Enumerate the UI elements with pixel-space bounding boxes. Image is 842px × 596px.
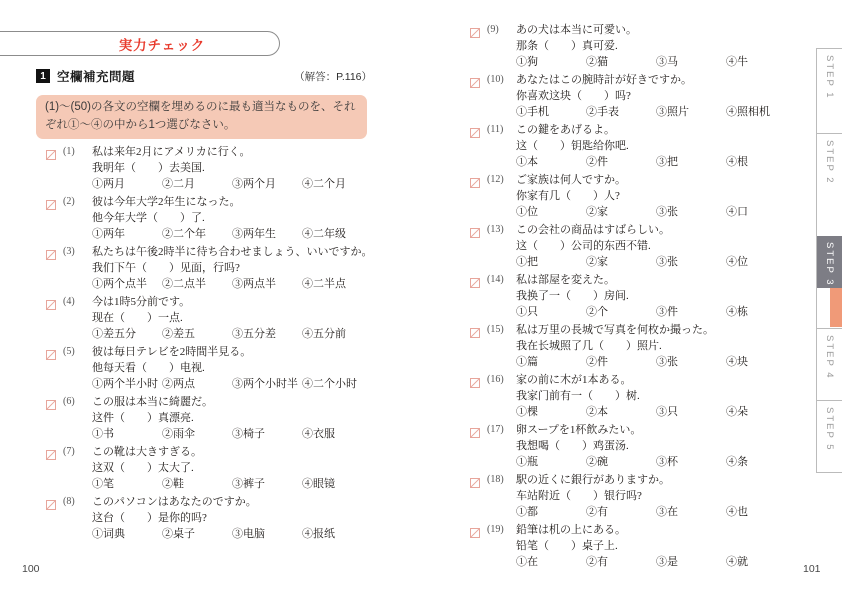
question-number: (17) — [487, 422, 516, 435]
answer-check-icon[interactable] — [46, 144, 63, 165]
question-number: (3) — [63, 244, 92, 257]
question-number: (6) — [63, 394, 92, 407]
step-tab-5[interactable]: STEP 5 — [817, 400, 842, 473]
question-options: ①词典②桌子③电脑④报纸 — [92, 526, 378, 542]
question-japanese: この会社の商品はすばらしい。 — [516, 222, 792, 238]
option-3[interactable]: ③两个月 — [232, 176, 302, 192]
option-3[interactable]: ③两年生 — [232, 226, 302, 242]
option-1[interactable]: ①棵 — [516, 404, 586, 420]
question-number: (1) — [63, 144, 92, 157]
question-number: (4) — [63, 294, 92, 307]
question-chinese: 那条（ ）真可爱. — [516, 38, 792, 54]
option-4[interactable]: ④朵 — [726, 404, 748, 420]
answer-check-icon[interactable] — [470, 372, 487, 393]
option-4[interactable]: ④二个月 — [302, 176, 346, 192]
question-chinese: 我换了一（ ）房间. — [516, 288, 792, 304]
question-number: (13) — [487, 222, 516, 235]
question-options: ①差五分②差五③五分差④五分前 — [92, 326, 378, 342]
option-4[interactable]: ④栋 — [726, 304, 748, 320]
question-japanese: 駅の近くに銀行がありますか。 — [516, 472, 792, 488]
question-chinese: 铅笔（ ）桌子上. — [516, 538, 792, 554]
question-chinese: 你家有几（ ）人? — [516, 188, 792, 204]
question-japanese: 家の前に木が1本ある。 — [516, 372, 792, 388]
page-number-right: 101 — [803, 563, 821, 575]
question-options: ①狗②猫③马④牛 — [516, 54, 792, 70]
option-2[interactable]: ②件 — [586, 354, 656, 370]
question-number: (8) — [63, 494, 92, 507]
section-header: 1 空欄補充問題 （解答：P.116） — [36, 67, 372, 85]
option-4[interactable]: ④二半点 — [302, 276, 346, 292]
question-options: ①都②有③在④也 — [516, 504, 792, 520]
section-title: 空欄補充問題 — [57, 67, 135, 85]
question-number: (11) — [487, 122, 516, 135]
question-options: ①把②家③张④位 — [516, 254, 792, 270]
question-item: (2)彼は今年大学2年生になった。他今年大学（ ）了.①两年②二个年③两年生④二… — [46, 194, 378, 244]
question-options: ①笔②鞋③裤子④眼镜 — [92, 476, 378, 492]
question-japanese: この靴は大きすぎる。 — [92, 444, 378, 460]
option-4[interactable]: ④报纸 — [302, 526, 335, 542]
option-4[interactable]: ④块 — [726, 354, 748, 370]
answer-check-icon[interactable] — [46, 244, 63, 265]
option-4[interactable]: ④二个小时 — [302, 376, 357, 392]
option-2[interactable]: ②桌子 — [162, 526, 232, 542]
option-1[interactable]: ①只 — [516, 304, 586, 320]
question-japanese: 彼は毎日テレビを2時間半見る。 — [92, 344, 378, 360]
option-3[interactable]: ③张 — [656, 254, 726, 270]
answer-check-icon[interactable] — [46, 494, 63, 515]
question-options: ①本②件③把④根 — [516, 154, 792, 170]
question-chinese: 这件（ ）真漂亮. — [92, 410, 378, 426]
option-4[interactable]: ④衣服 — [302, 426, 335, 442]
option-3[interactable]: ③是 — [656, 554, 726, 570]
question-item: (11)この鍵をあげるよ。这（ ）钥匙给你吧.①本②件③把④根 — [470, 122, 792, 172]
option-4[interactable]: ④五分前 — [302, 326, 346, 342]
answer-check-icon[interactable] — [470, 222, 487, 243]
question-chinese: 车站附近（ ）银行吗? — [516, 488, 792, 504]
instruction-box: (1)〜(50)の各文の空欄を埋めるのに最も適当なものを、それぞれ①〜④の中から… — [36, 95, 367, 139]
question-item: (17)卵スープを1杯飲みたい。我想喝（ ）鸡蛋汤.①瓶②碗③杯④条 — [470, 422, 792, 472]
question-number: (10) — [487, 72, 516, 85]
option-1[interactable]: ①两年 — [92, 226, 162, 242]
question-number: (2) — [63, 194, 92, 207]
right-page-questions: (9)あの犬は本当に可愛い。那条（ ）真可爱.①狗②猫③马④牛(10)あなたはこ… — [470, 22, 792, 572]
question-japanese: 私は来年2月にアメリカに行く。 — [92, 144, 378, 160]
question-japanese: 私たちは午後2時半に待ち合わせましょう、いいですか。 — [92, 244, 378, 260]
answer-check-icon[interactable] — [470, 272, 487, 293]
answer-check-icon[interactable] — [470, 22, 487, 43]
answer-check-icon[interactable] — [46, 444, 63, 465]
option-4[interactable]: ④眼镜 — [302, 476, 335, 492]
question-chinese: 现在（ ）一点. — [92, 310, 378, 326]
question-japanese: 鉛筆は机の上にある。 — [516, 522, 792, 538]
option-3[interactable]: ③只 — [656, 404, 726, 420]
question-japanese: この服は本当に綺麗だ。 — [92, 394, 378, 410]
option-4[interactable]: ④位 — [726, 254, 748, 270]
question-number: (18) — [487, 472, 516, 485]
answer-check-icon[interactable] — [470, 122, 487, 143]
option-2[interactable]: ②本 — [586, 404, 656, 420]
question-chinese: 我在长城照了几（ ）照片. — [516, 338, 792, 354]
step-tab-4[interactable]: STEP 4 — [817, 328, 842, 400]
question-options: ①两年②二个年③两年生④二年级 — [92, 226, 378, 242]
question-item: (3)私たちは午後2時半に待ち合わせましょう、いいですか。我们下午（ ）见面，行… — [46, 244, 378, 294]
option-3[interactable]: ③张 — [656, 204, 726, 220]
answer-check-icon[interactable] — [46, 194, 63, 215]
question-options: ①篇②件③张④块 — [516, 354, 792, 370]
option-1[interactable]: ①位 — [516, 204, 586, 220]
option-3[interactable]: ③两个小时半 — [232, 376, 302, 392]
question-item: (19)鉛筆は机の上にある。铅笔（ ）桌子上.①在②有③是④就 — [470, 522, 792, 572]
option-3[interactable]: ③两点半 — [232, 276, 302, 292]
option-4[interactable]: ④口 — [726, 204, 748, 220]
question-number: (19) — [487, 522, 516, 535]
step-tab-1[interactable]: STEP 1 — [817, 48, 842, 133]
option-1[interactable]: ①笔 — [92, 476, 162, 492]
answer-check-icon[interactable] — [470, 72, 487, 93]
question-japanese: 今は1時5分前です。 — [92, 294, 378, 310]
question-chinese: 这台（ ）是你的吗? — [92, 510, 378, 526]
option-1[interactable]: ①书 — [92, 426, 162, 442]
question-japanese: 私は万里の長城で写真を何枚か撮った。 — [516, 322, 792, 338]
question-item: (10)あなたはこの腕時計が好きですか。你喜欢这块（ ）吗?①手机②手表③照片④… — [470, 72, 792, 122]
page-number-left: 100 — [22, 563, 40, 575]
question-options: ①位②家③张④口 — [516, 204, 792, 220]
question-item: (1)私は来年2月にアメリカに行く。我明年（ ）去美国.①两月②二月③两个月④二… — [46, 144, 378, 194]
option-1[interactable]: ①手机 — [516, 104, 586, 120]
option-1[interactable]: ①把 — [516, 254, 586, 270]
current-section-accent-bar — [830, 288, 842, 327]
option-3[interactable]: ③椅子 — [232, 426, 302, 442]
question-number: (15) — [487, 322, 516, 335]
question-chinese: 他每天看（ ）电视. — [92, 360, 378, 376]
question-options: ①两个半小时②两点③两个小时半④二个小时 — [92, 376, 378, 392]
answer-check-icon[interactable] — [470, 422, 487, 443]
option-2[interactable]: ②雨伞 — [162, 426, 232, 442]
question-item: (4)今は1時5分前です。现在（ ）一点.①差五分②差五③五分差④五分前 — [46, 294, 378, 344]
question-number: (7) — [63, 444, 92, 457]
answer-check-icon[interactable] — [470, 172, 487, 193]
step-tab-2[interactable]: STEP 2 — [817, 133, 842, 236]
question-number: (14) — [487, 272, 516, 285]
question-japanese: この鍵をあげるよ。 — [516, 122, 792, 138]
option-2[interactable]: ②碗 — [586, 454, 656, 470]
option-1[interactable]: ①两个点半 — [92, 276, 162, 292]
step-tab-label: STEP 1 — [824, 49, 835, 133]
option-3[interactable]: ③张 — [656, 354, 726, 370]
question-chinese: 这（ ）钥匙给你吧. — [516, 138, 792, 154]
question-japanese: あなたはこの腕時計が好きですか。 — [516, 72, 792, 88]
step-tab-label: STEP 5 — [824, 401, 835, 472]
question-options: ①两个点半②二点半③两点半④二半点 — [92, 276, 378, 292]
option-2[interactable]: ②猫 — [586, 54, 656, 70]
option-1[interactable]: ①狗 — [516, 54, 586, 70]
question-chinese: 我明年（ ）去美国. — [92, 160, 378, 176]
step-tab-strip: STEP 1STEP 2STEP 3STEP 4STEP 5 — [816, 48, 842, 473]
option-4[interactable]: ④照相机 — [726, 104, 770, 120]
option-2[interactable]: ②差五 — [162, 326, 232, 342]
option-2[interactable]: ②手表 — [586, 104, 656, 120]
question-number: (9) — [487, 22, 516, 35]
option-1[interactable]: ①在 — [516, 554, 586, 570]
question-japanese: このパソコンはあなたのですか。 — [92, 494, 378, 510]
option-2[interactable]: ②两点 — [162, 376, 232, 392]
question-chinese: 我想喝（ ）鸡蛋汤. — [516, 438, 792, 454]
option-4[interactable]: ④二年级 — [302, 226, 346, 242]
answer-check-icon[interactable] — [46, 394, 63, 415]
option-3[interactable]: ③电脑 — [232, 526, 302, 542]
option-1[interactable]: ①词典 — [92, 526, 162, 542]
question-japanese: ご家族は何人ですか。 — [516, 172, 792, 188]
answer-check-icon[interactable] — [470, 522, 487, 543]
option-4[interactable]: ④条 — [726, 454, 748, 470]
option-4[interactable]: ④牛 — [726, 54, 748, 70]
option-1[interactable]: ①两个半小时 — [92, 376, 162, 392]
option-3[interactable]: ③杯 — [656, 454, 726, 470]
question-item: (5)彼は毎日テレビを2時間半見る。他每天看（ ）电视.①两个半小时②两点③两个… — [46, 344, 378, 394]
section-banner-label: 実力チェック — [57, 34, 206, 54]
option-4[interactable]: ④根 — [726, 154, 748, 170]
question-number: (12) — [487, 172, 516, 185]
option-1[interactable]: ①都 — [516, 504, 586, 520]
question-item: (12)ご家族は何人ですか。你家有几（ ）人?①位②家③张④口 — [470, 172, 792, 222]
option-3[interactable]: ③照片 — [656, 104, 726, 120]
section-number-badge: 1 — [36, 69, 50, 83]
answer-check-icon[interactable] — [470, 472, 487, 493]
option-1[interactable]: ①篇 — [516, 354, 586, 370]
option-1[interactable]: ①差五分 — [92, 326, 162, 342]
option-1[interactable]: ①瓶 — [516, 454, 586, 470]
question-japanese: 彼は今年大学2年生になった。 — [92, 194, 378, 210]
book-spread: 実力チェック 1 空欄補充問題 （解答：P.116） (1)〜(50)の各文の空… — [0, 0, 842, 596]
left-page-questions: (1)私は来年2月にアメリカに行く。我明年（ ）去美国.①两月②二月③两个月④二… — [46, 144, 378, 544]
option-3[interactable]: ③件 — [656, 304, 726, 320]
option-2[interactable]: ②有 — [586, 554, 656, 570]
question-item: (15)私は万里の長城で写真を何枚か撮った。我在长城照了几（ ）照片.①篇②件③… — [470, 322, 792, 372]
question-options: ①书②雨伞③椅子④衣服 — [92, 426, 378, 442]
section-banner: 実力チェック — [0, 31, 280, 56]
question-item: (14)私は部屋を変えた。我换了一（ ）房间.①只②个③件④栋 — [470, 272, 792, 322]
question-number: (16) — [487, 372, 516, 385]
option-3[interactable]: ③马 — [656, 54, 726, 70]
option-2[interactable]: ②二个年 — [162, 226, 232, 242]
option-3[interactable]: ③把 — [656, 154, 726, 170]
answer-check-icon[interactable] — [46, 344, 63, 365]
answer-check-icon[interactable] — [470, 322, 487, 343]
question-chinese: 这（ ）公司的东西不错. — [516, 238, 792, 254]
question-chinese: 这双（ ）太大了. — [92, 460, 378, 476]
answer-reference: （解答：P.116） — [294, 69, 372, 84]
question-item: (8)このパソコンはあなたのですか。这台（ ）是你的吗?①词典②桌子③电脑④报纸 — [46, 494, 378, 544]
option-2[interactable]: ②有 — [586, 504, 656, 520]
question-options: ①棵②本③只④朵 — [516, 404, 792, 420]
option-3[interactable]: ③裤子 — [232, 476, 302, 492]
step-tab-label: STEP 3 — [824, 236, 835, 288]
step-tab-label: STEP 2 — [824, 134, 835, 236]
option-4[interactable]: ④就 — [726, 554, 748, 570]
question-options: ①瓶②碗③杯④条 — [516, 454, 792, 470]
question-chinese: 我们下午（ ）见面，行吗? — [92, 260, 378, 276]
question-options: ①两月②二月③两个月④二个月 — [92, 176, 378, 192]
question-chinese: 他今年大学（ ）了. — [92, 210, 378, 226]
step-tab-label: STEP 4 — [824, 329, 835, 400]
question-item: (7)この靴は大きすぎる。这双（ ）太大了.①笔②鞋③裤子④眼镜 — [46, 444, 378, 494]
option-3[interactable]: ③五分差 — [232, 326, 302, 342]
option-4[interactable]: ④也 — [726, 504, 748, 520]
question-japanese: 卵スープを1杯飲みたい。 — [516, 422, 792, 438]
question-japanese: あの犬は本当に可愛い。 — [516, 22, 792, 38]
option-2[interactable]: ②件 — [586, 154, 656, 170]
option-2[interactable]: ②家 — [586, 204, 656, 220]
question-options: ①在②有③是④就 — [516, 554, 792, 570]
answer-check-icon[interactable] — [46, 294, 63, 315]
question-options: ①手机②手表③照片④照相机 — [516, 104, 792, 120]
question-item: (13)この会社の商品はすばらしい。这（ ）公司的东西不错.①把②家③张④位 — [470, 222, 792, 272]
question-item: (9)あの犬は本当に可愛い。那条（ ）真可爱.①狗②猫③马④牛 — [470, 22, 792, 72]
question-item: (18)駅の近くに銀行がありますか。车站附近（ ）银行吗?①都②有③在④也 — [470, 472, 792, 522]
option-1[interactable]: ①两月 — [92, 176, 162, 192]
question-japanese: 私は部屋を変えた。 — [516, 272, 792, 288]
option-3[interactable]: ③在 — [656, 504, 726, 520]
option-2[interactable]: ②个 — [586, 304, 656, 320]
question-number: (5) — [63, 344, 92, 357]
option-1[interactable]: ①本 — [516, 154, 586, 170]
question-item: (6)この服は本当に綺麗だ。这件（ ）真漂亮.①书②雨伞③椅子④衣服 — [46, 394, 378, 444]
option-2[interactable]: ②家 — [586, 254, 656, 270]
question-options: ①只②个③件④栋 — [516, 304, 792, 320]
option-2[interactable]: ②鞋 — [162, 476, 232, 492]
option-2[interactable]: ②二月 — [162, 176, 232, 192]
question-chinese: 你喜欢这块（ ）吗? — [516, 88, 792, 104]
step-tab-3[interactable]: STEP 3 — [817, 236, 842, 288]
option-2[interactable]: ②二点半 — [162, 276, 232, 292]
question-item: (16)家の前に木が1本ある。我家门前有一（ ）树.①棵②本③只④朵 — [470, 372, 792, 422]
question-chinese: 我家门前有一（ ）树. — [516, 388, 792, 404]
